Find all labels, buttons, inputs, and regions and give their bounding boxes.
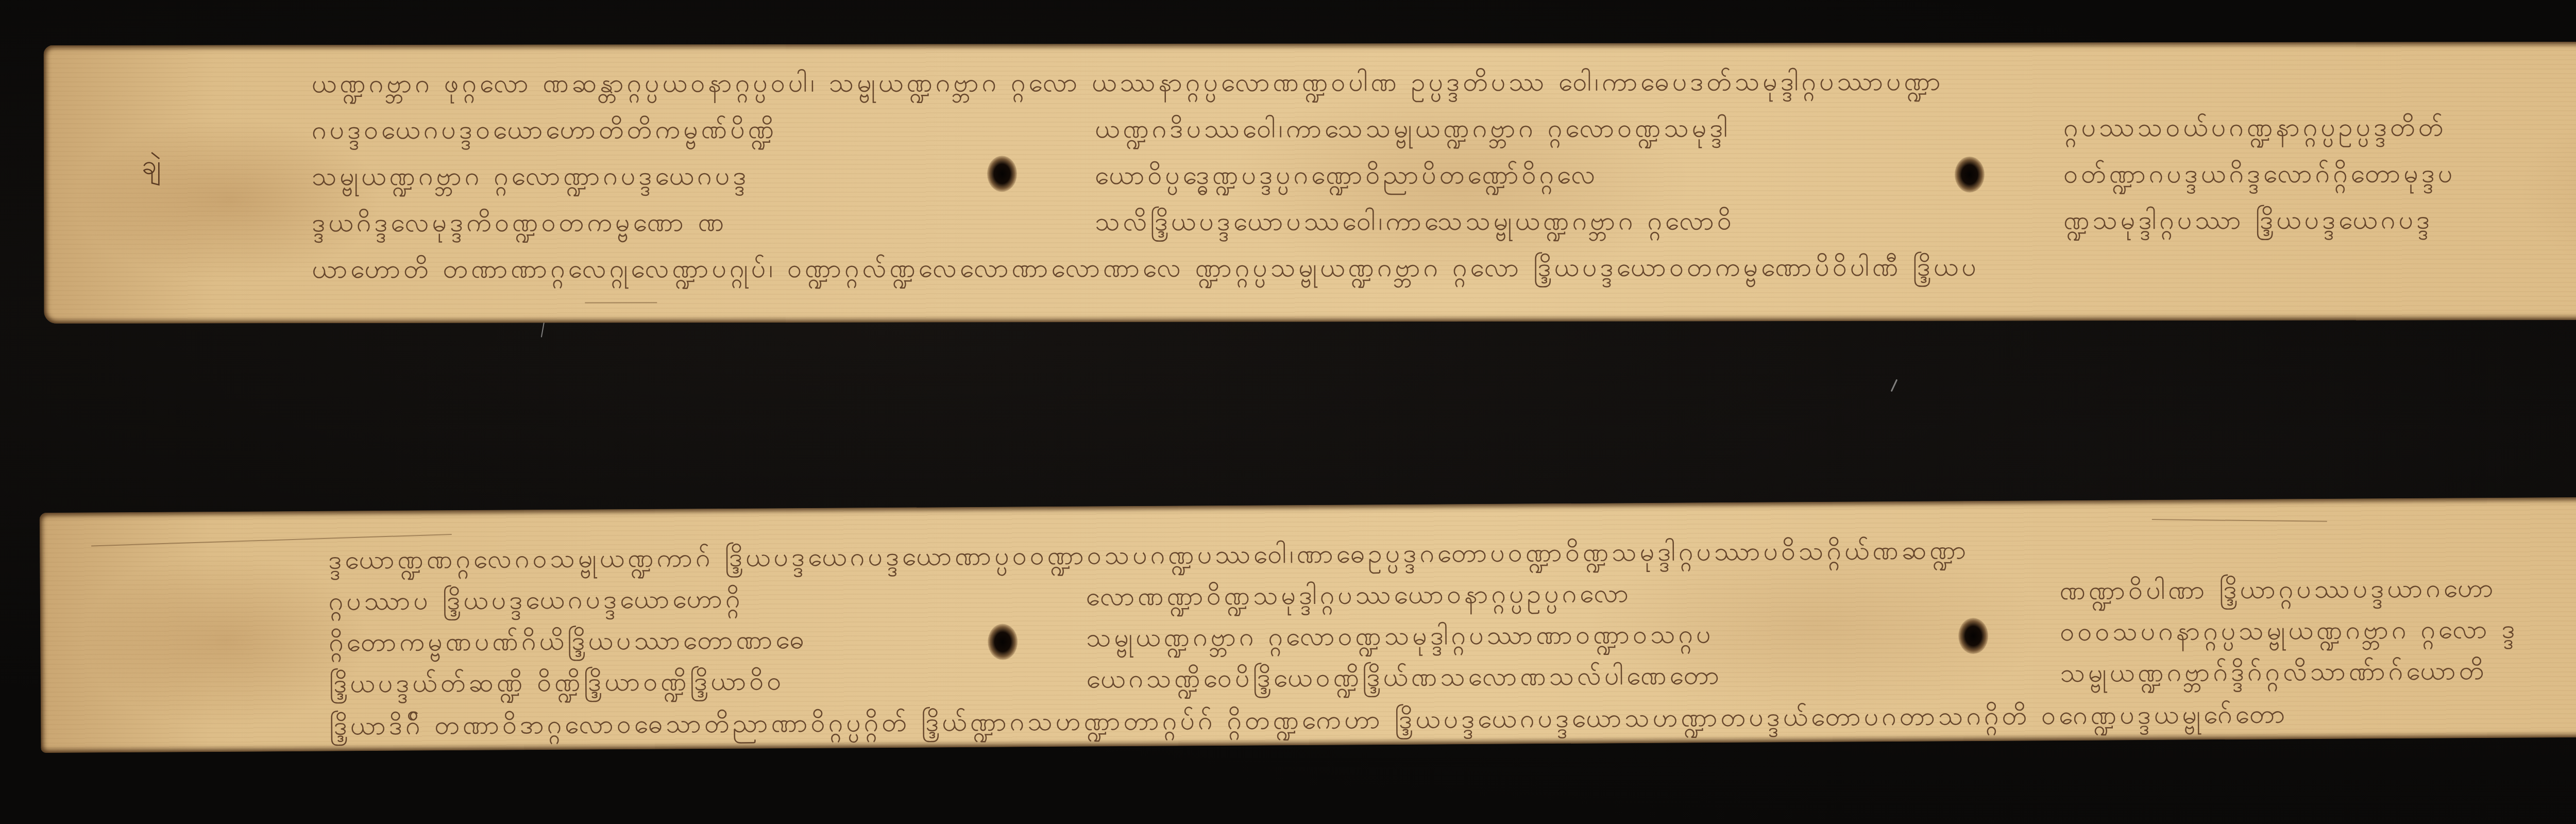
script-line-4-left: ဒ္ဒယဂိဒ္ဒလေမုဒ္ဒကိဝဏ္ဍဝတကမ္ဗဏော ဏ bbox=[312, 209, 727, 236]
script-line-3-left: ဂ္ဂိတောကမ္ဗဏပဏ်ဂိယိဒ္ဒြိယပဿာတောဏာဓေ bbox=[329, 627, 807, 655]
leaf-crack bbox=[2152, 519, 2327, 522]
script-line-1: ယဏ္ဍဂဗ္ဘာဂ ဖုဂ္ဂလော ဏဆန္တာဂ္ဂပ္ပယဝနာဂ္ဂပ… bbox=[312, 69, 1944, 96]
script-line-4-right: ဏ္ဍသမုဒ္ဒါဂ္ဂပဿာ ဒ္ဒြိယပဒ္ဒယေဂပဒ္ဒ bbox=[2063, 207, 2433, 233]
script-line-4-center: ယေဂသဏ္ဍိဝေပိဒ္ဒြိယေဝဏ္ဍိဒ္ဒြိယ်ဏသလောဏသလ်… bbox=[1086, 662, 1722, 692]
script-line-3-center: ယောဝိပ္ပဒ္ဓေဏ္ဍပဒ္ဒပ္ပဂဏ္ဍောဝိညာပိတဏ္ဍော… bbox=[1095, 162, 1598, 188]
script-line-2-center: လောဏဏ္ဍာဝိဏ္ဍသမုဒ္ဒါဂ္ဂပဿယောဝနာဂ္ဂပ္ပဥပ္… bbox=[1086, 580, 1632, 609]
water-stain bbox=[81, 552, 370, 729]
palm-leaf-folio-upper: ချဲ ယဏ္ဍဂဗ္ဘာဂ ဖုဂ္ဂလော ဏဆန္တာဂ္ဂပ္ပယဝနာ… bbox=[44, 41, 2576, 324]
script-line-2-left: ဂပဒ္ဒဝယေဂပဒ္ဒဝယောဟောတိတိကမ္ဗဏ်ပိဏ္ဍိ bbox=[312, 116, 777, 143]
script-line-3-left: သမ္ဗုယဏ္ဍဂဗ္ဘာဂ ဂ္ဂလောဏ္ဍာဂပဒ္ဒယေဂပဒ္ဒ bbox=[312, 163, 749, 189]
script-line-3-right: ဝဝဝသပဂနာဂ္ဂပ္ပသမ္ဗုယဏ္ဍဂဗ္ဘာဂ ဂ္ဂလော ဒ္ဒ bbox=[2060, 616, 2518, 645]
script-line-2-right: ဏဏ္ဍာဝိပါဏာ ဒ္ဒြိယာဂ္ဂပဿပဒ္ဒယာဂဟော bbox=[2059, 575, 2496, 603]
script-line-3-right: ဝတ်ဏ္ဍာဂပဒ္ဒယဂိဒ္ဒလောဂ်ဂ္ဂိတောမုဒ္ဒပ bbox=[2063, 160, 2455, 187]
script-line-2-right: ဂ္ဂပဿသဝယ်ပဂဏ္ဍနာဂ္ဂပ္ပဥပ္ပဒ္ဒတိတ် bbox=[2063, 114, 2447, 140]
script-line-3-center: သမ္ဗုယဏ္ဍဂဗ္ဘာဂ ဂ္ဂလောဝဏ္ဍသမုဒ္ဒါဂ္ဂပဿာဏ… bbox=[1086, 621, 1714, 650]
script-line-4-left: ဒ္ဒြိယပဒ္ဒယ်တ်ဆဏ္ဍိ ဝိဏ္ဍိဒ္ဒြိယာဝဏ္ဍိဒ္… bbox=[329, 668, 785, 696]
binding-hole-left bbox=[988, 624, 1018, 660]
script-line-2-left: ဂ္ဂပဿာပ ဒ္ဒြိယပဒ္ဒယေဂပဒ္ဒယောဟောဂ္ဂိ bbox=[329, 586, 743, 614]
water-stain bbox=[2517, 93, 2576, 289]
binding-hole-left bbox=[987, 156, 1017, 192]
binding-hole-right bbox=[1958, 618, 1988, 654]
palm-leaf-folio-lower: ဒ္ဒယောဏ္ဍဏဂ္ဂလေဂဝသမ္ဗုယဏ္ဍကာဂ် ဒ္ဒြိယပဒ္… bbox=[40, 495, 2576, 753]
script-line-5: ယာဟောတိ တဏာဏာဂ္ဂလေဂ္ဂုလေဏ္ဍာပဂ္ဂုပ်၊ ဝဏ္… bbox=[312, 254, 1979, 282]
leaf-scratch bbox=[585, 302, 657, 303]
script-line-4-center: သလိဒ္ဒြိယပဒ္ဒယောပဿဝေါ၊ကာသေသမ္ဗုယဏ္ဍဂဗ္ဘာ… bbox=[1095, 208, 1735, 234]
script-line-4-right: သမ္ဗုယဏ္ဍဂဗ္ဘာဂ်ဒ္ဒိဂ်ဂ္ဂလိသာဏ်ာဂ်ယောတိ bbox=[2060, 658, 2487, 686]
script-line-2-center: ယဏ္ဍဂဒိပဿဝေါ၊ကာသေသမ္ဗုယဏ္ဍဂဗ္ဘာဂ ဂ္ဂလောဝ… bbox=[1095, 115, 1731, 142]
folio-number-mark: ချဲ bbox=[142, 148, 161, 188]
binding-hole-right bbox=[1955, 157, 1985, 193]
script-line-5: ဒ္ဒြိယာဒိဂ်ိ တဏာဝိဒာဂ္ဂလောဝဓေသာတိညာဏာဝိဂ… bbox=[329, 701, 2288, 738]
